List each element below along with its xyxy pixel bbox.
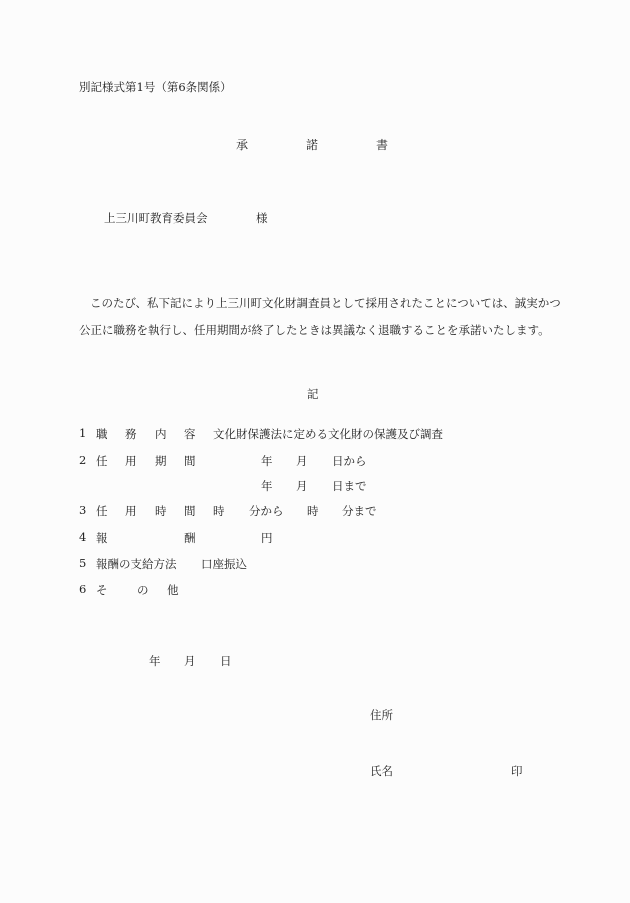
addressee-name: 上三川町教育委員会 (104, 213, 208, 225)
label-char: 間 (184, 503, 196, 519)
item-number: 1 (79, 426, 86, 440)
label-char: 酬 (184, 530, 196, 546)
title-char-3: 書 (376, 139, 388, 151)
date-month: 月 (184, 656, 196, 668)
label-char: 他 (167, 582, 179, 598)
term-to-month: 月 (296, 478, 308, 494)
remuneration-yen: 円 (261, 530, 273, 546)
item-number: 2 (79, 453, 86, 467)
label-char: 用 (125, 503, 137, 519)
start-hour: 時 (213, 503, 225, 519)
address-label: 住所 (370, 710, 393, 722)
term-to-day: 日まで (332, 478, 367, 494)
label-char: 間 (184, 453, 196, 469)
title-char-1: 承 (236, 139, 248, 151)
term-from-day: 日から (332, 453, 367, 469)
item-value: 口座振込 (201, 556, 247, 572)
label-char: 報 (96, 530, 108, 546)
addressee-honorific: 様 (256, 213, 268, 225)
item-number: 6 (79, 582, 86, 596)
term-from-month: 月 (296, 453, 308, 469)
date-year: 年 (149, 656, 161, 668)
label-char: 期 (155, 453, 167, 469)
end-minute: 分まで (342, 503, 377, 519)
term-to-year: 年 (261, 478, 273, 494)
label-char: の (137, 582, 149, 598)
item-label: 報酬の支給方法 (96, 556, 177, 572)
ki-heading: 記 (307, 389, 319, 401)
label-char: 内 (155, 426, 167, 442)
start-minute: 分から (249, 503, 284, 519)
label-char: 任 (96, 453, 108, 469)
date-day: 日 (220, 656, 232, 668)
seal-mark: 印 (511, 766, 523, 778)
name-label: 氏名 (370, 766, 393, 778)
label-char: 用 (125, 453, 137, 469)
label-char: 務 (125, 426, 137, 442)
term-from-year: 年 (261, 453, 273, 469)
item-number: 3 (79, 503, 86, 517)
label-char: 任 (96, 503, 108, 519)
end-hour: 時 (307, 503, 319, 519)
consent-body-text: このたび、私下記により上三川町文化財調査員として採用されたことについては、誠実か… (79, 290, 564, 344)
label-char: そ (96, 582, 108, 598)
title-char-2: 諾 (306, 139, 318, 151)
label-char: 時 (155, 503, 167, 519)
item-number: 5 (79, 556, 86, 570)
item-number: 4 (79, 530, 86, 544)
item-value: 文化財保護法に定める文化財の保護及び調査 (213, 426, 443, 442)
label-char: 容 (184, 426, 196, 442)
label-char: 職 (96, 426, 108, 442)
form-number: 別記様式第1号（第6条関係） (79, 82, 232, 94)
